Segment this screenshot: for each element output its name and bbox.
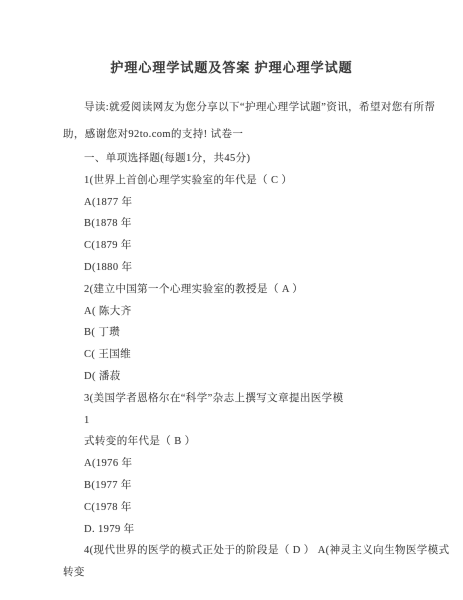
question-continuation-line: 转变 (63, 562, 463, 584)
option-line: A( 陈大齐 (63, 301, 463, 323)
option-line: D. 1979 年 (63, 519, 463, 541)
option-line: D(1880 年 (63, 257, 463, 279)
option-line: A(1976 年 (63, 453, 463, 475)
option-line: B(1977 年 (63, 475, 463, 497)
question-line: 4(现代世界的医学的模式正处于的阶段是（ D ） A(神灵主义向生物医学模式 (63, 540, 463, 562)
intro-line: 助，感谢您对92to.com的支持! 试卷一 (63, 121, 463, 148)
option-line: C( 王国维 (63, 344, 463, 366)
page-number-line: 1 (63, 410, 463, 432)
section-heading: 一、单项选择题(每题1分，共45分) (63, 148, 463, 170)
option-line: C(1978 年 (63, 497, 463, 519)
option-line: D( 潘菽 (63, 366, 463, 388)
question-continuation-line: 式转变的年代是（ B ） (63, 431, 463, 453)
question-line: 3(美国学者恩格尔在“科学”杂志上撰写文章提出医学模 (63, 388, 463, 410)
option-line: A(1877 年 (63, 192, 463, 214)
document-page: 护理心理学试题及答案 护理心理学试题 导读:就爱阅读网友为您分享以下“护理心理学… (0, 0, 463, 584)
question-line: 1(世界上首创心理学实验室的年代是（ C ） (63, 170, 463, 192)
title-spacer (63, 76, 463, 94)
document-title: 护理心理学试题及答案 护理心理学试题 (0, 57, 463, 76)
option-line: B(1878 年 (63, 213, 463, 235)
question-line: 2(建立中国第一个心理实验室的教授是（ A ） (63, 279, 463, 301)
option-line: B( 丁瓒 (63, 322, 463, 344)
option-line: C(1879 年 (63, 235, 463, 257)
intro-line: 导读:就爱阅读网友为您分享以下“护理心理学试题”资讯，希望对您有所帮 (63, 94, 463, 121)
